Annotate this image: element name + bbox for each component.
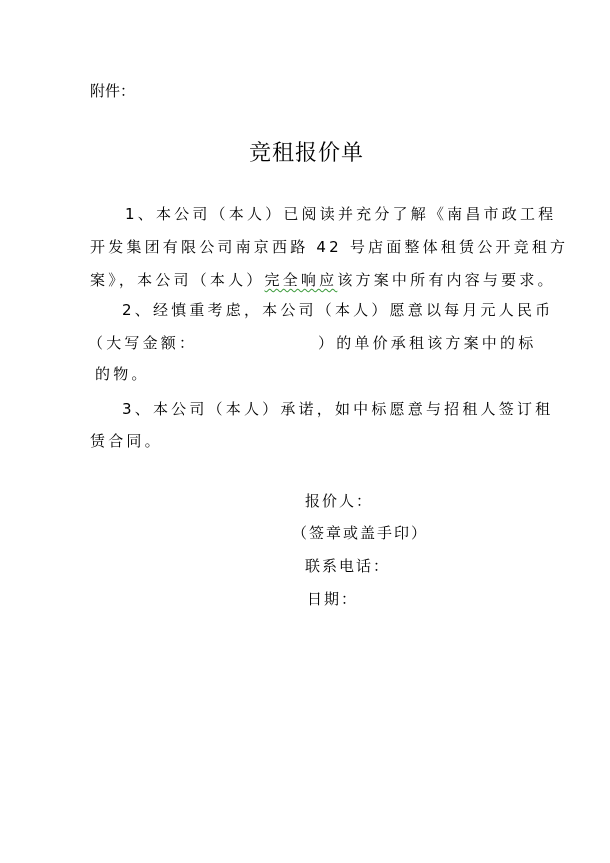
- paragraph-3-line-2: 赁合同。: [90, 430, 163, 451]
- paragraph-1-line-1: 1、本公司（本人）已阅读并充分了解《南昌市政工程: [125, 203, 556, 224]
- document-title: 竞租报价单: [249, 136, 364, 167]
- paragraph-1-line-3: 案》，本公司（本人）完全响应该方案中所有内容与要求。: [90, 269, 556, 290]
- signature-seal-note: （签章或盖手印）: [292, 522, 428, 543]
- attachment-label: 附件：: [90, 80, 135, 101]
- signature-phone: 联系电话：: [305, 555, 390, 576]
- paragraph-1-line-3-start: 案》，本公司（本人）: [90, 271, 265, 289]
- paragraph-1-line-2: 开发集团有限公司南京西路 42 号店面整体租赁公开竞租方: [90, 236, 568, 257]
- paragraph-2-line-3: 的物。: [95, 363, 150, 384]
- paragraph-2-line-2-end: ）的单价承租该方案中的标: [318, 332, 536, 353]
- spellcheck-underlined-text: 完全响应: [265, 271, 338, 289]
- paragraph-1-line-3-end: 该方案中所有内容与要求。: [337, 271, 555, 289]
- signature-date: 日期：: [307, 588, 358, 609]
- paragraph-3-line-1: 3、本公司（本人）承诺，如中标愿意与招租人签订租: [122, 398, 553, 419]
- signature-bidder: 报价人：: [305, 490, 373, 511]
- paragraph-2-amount-label: （大写金额：: [88, 332, 197, 353]
- paragraph-2-line-1: 2、经慎重考虑，本公司（本人）愿意以每月元人民币: [122, 299, 553, 320]
